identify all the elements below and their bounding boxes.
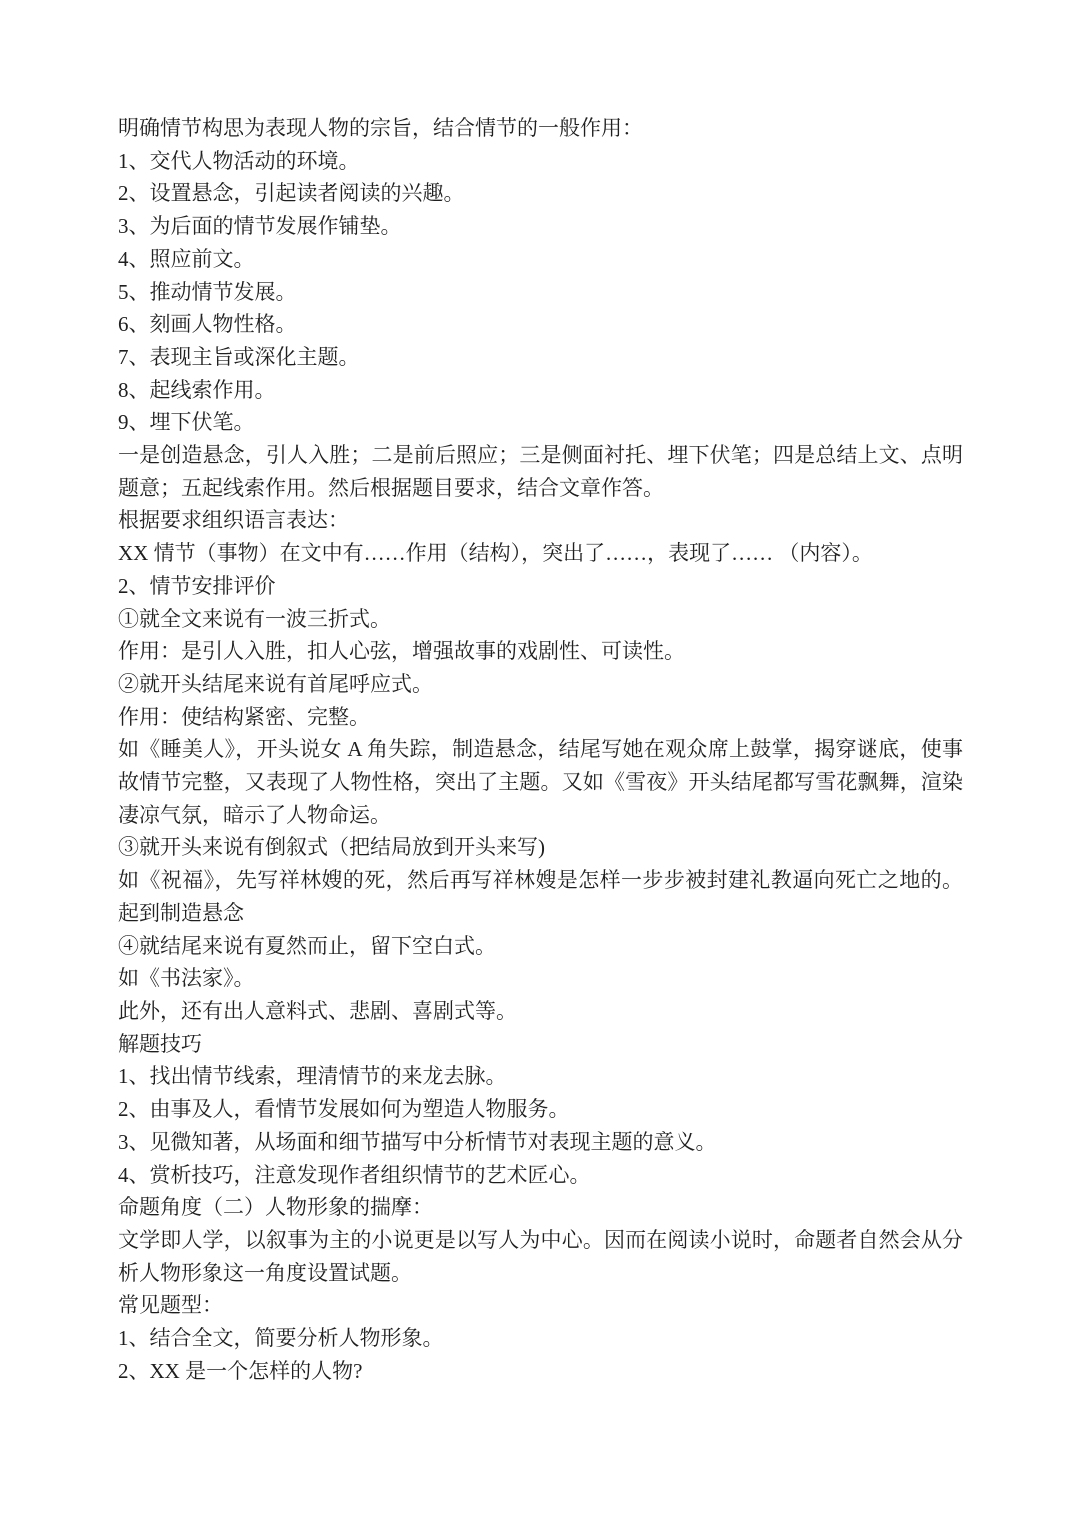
paragraph: ②就开头结尾来说有首尾呼应式。 <box>118 668 963 701</box>
paragraph: 命题角度（二）人物形象的揣摩： <box>118 1191 963 1224</box>
paragraph: 2、情节安排评价 <box>118 570 963 603</box>
paragraph: 9、埋下伏笔。 <box>118 406 963 439</box>
paragraph: 作用：是引人入胜，扣人心弦，增强故事的戏剧性、可读性。 <box>118 635 963 668</box>
paragraph: 文学即人学，以叙事为主的小说更是以写人为中心。因而在阅读小说时，命题者自然会从分… <box>118 1224 963 1289</box>
paragraph: 7、表现主旨或深化主题。 <box>118 341 963 374</box>
paragraph: 如《祝福》，先写祥林嫂的死，然后再写祥林嫂是怎样一步步被封建礼教逼向死亡之地的。… <box>118 864 963 929</box>
paragraph: 4、赏析技巧，注意发现作者组织情节的艺术匠心。 <box>118 1159 963 1192</box>
paragraph: 1、找出情节线索，理清情节的来龙去脉。 <box>118 1060 963 1093</box>
paragraph: 4、照应前文。 <box>118 243 963 276</box>
paragraph: 2、设置悬念，引起读者阅读的兴趣。 <box>118 177 963 210</box>
paragraph: 根据要求组织语言表达： <box>118 504 963 537</box>
paragraph: 此外，还有出人意料式、悲剧、喜剧式等。 <box>118 995 963 1028</box>
paragraph: 6、刻画人物性格。 <box>118 308 963 341</box>
paragraph: 1、结合全文，简要分析人物形象。 <box>118 1322 963 1355</box>
paragraph: 3、为后面的情节发展作铺垫。 <box>118 210 963 243</box>
paragraph: 明确情节构思为表现人物的宗旨，结合情节的一般作用： <box>118 112 963 145</box>
paragraph: 一是创造悬念，引人入胜；二是前后照应；三是侧面衬托、埋下伏笔；四是总结上文、点明… <box>118 439 963 504</box>
paragraph: 作用：使结构紧密、完整。 <box>118 701 963 734</box>
paragraph: 3、见微知著，从场面和细节描写中分析情节对表现主题的意义。 <box>118 1126 963 1159</box>
paragraph: 2、由事及人，看情节发展如何为塑造人物服务。 <box>118 1093 963 1126</box>
paragraph: ①就全文来说有一波三折式。 <box>118 603 963 636</box>
paragraph: 如《书法家》。 <box>118 962 963 995</box>
document-page: 明确情节构思为表现人物的宗旨，结合情节的一般作用： 1、交代人物活动的环境。 2… <box>0 0 1087 1536</box>
paragraph: 2、XX 是一个怎样的人物? <box>118 1355 963 1388</box>
paragraph: ③就开头来说有倒叙式（把结局放到开头来写) <box>118 831 963 864</box>
paragraph: 5、推动情节发展。 <box>118 276 963 309</box>
document-content: 明确情节构思为表现人物的宗旨，结合情节的一般作用： 1、交代人物活动的环境。 2… <box>118 112 963 1387</box>
paragraph: 8、起线索作用。 <box>118 374 963 407</box>
paragraph: 如《睡美人》，开头说女 A 角失踪，制造悬念，结尾写她在观众席上鼓掌，揭穿谜底，… <box>118 733 963 831</box>
paragraph: XX 情节（事物）在文中有……作用（结构），突出了……，表现了…… （内容）。 <box>118 537 963 570</box>
paragraph: 常见题型： <box>118 1289 963 1322</box>
paragraph: 解题技巧 <box>118 1028 963 1061</box>
paragraph: 1、交代人物活动的环境。 <box>118 145 963 178</box>
paragraph: ④就结尾来说有夏然而止，留下空白式。 <box>118 930 963 963</box>
